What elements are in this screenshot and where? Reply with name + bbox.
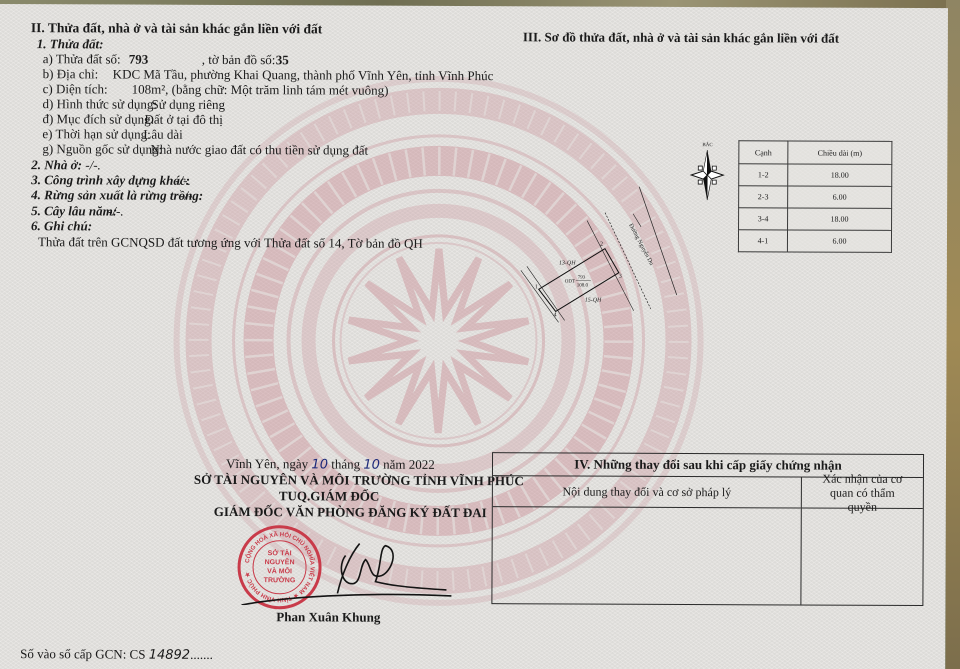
map-sheet-number: 35 — [276, 52, 289, 67]
table-row: 4-1 6.00 — [738, 230, 891, 253]
land-code: ODT — [565, 279, 575, 284]
background-right — [946, 0, 960, 669]
table-row: 3-4 18.00 — [739, 208, 892, 231]
changes-confirmation-column: Xác nhận của cơ quan có thẩm quyền — [801, 478, 923, 606]
month-label: tháng — [331, 456, 360, 471]
length-cell: 6.00 — [788, 186, 892, 208]
origin-label: g) Nguồn gốc sử dụng: — [42, 141, 162, 157]
perennial-label: 5. Cây lâu năm: — [31, 203, 117, 218]
usage-form-value: Sử dụng riêng — [152, 97, 226, 112]
table-row: 2-3 6.00 — [739, 186, 892, 209]
other-works-label: 3. Công trình xây dựng khác: — [31, 172, 190, 188]
vertex-1: 1 — [535, 284, 538, 290]
header-length: Chiều dài (m) — [788, 141, 892, 164]
plot-area: 108.0 — [577, 284, 589, 289]
length-cell: 18.00 — [788, 208, 892, 230]
parcel-plot-diagram: 1 2 3 4 13-QH 15-QH ODT 793 108.0 Đường … — [499, 182, 680, 323]
other-works-value: -/-. — [175, 173, 191, 188]
parcel-number: 793 — [129, 52, 149, 67]
north-arrow-icon — [689, 149, 725, 201]
purpose-label: đ) Mục đích sử dụng: — [42, 111, 154, 126]
address-value: KDC Mã Tầu, phường Khai Quang, thành phố… — [113, 66, 494, 83]
house-value: -/-. — [85, 157, 101, 172]
registry-dots: ....... — [190, 647, 213, 662]
tuq-label: TUQ.GIÁM ĐỐC — [279, 488, 379, 503]
notes-heading: 6. Ghi chú: — [31, 218, 92, 233]
parcel-number-label: a) Thửa đất số: — [43, 51, 121, 66]
month-handwritten: 10 — [363, 458, 380, 473]
neighbor-bottom-label: 15-QH — [585, 298, 602, 304]
vertex-4: 4 — [554, 312, 557, 318]
place-date: Vĩnh Yên, ngày 10 tháng 10 năm 2022 — [226, 456, 435, 473]
issuing-org: SỞ TÀI NGUYÊN VÀ MÔI TRƯỜNG TỈNH VĨNH PH… — [194, 472, 524, 488]
vertex-3: 3 — [619, 274, 622, 280]
handwritten-signature — [241, 535, 456, 606]
registry-label: Số vào sổ cấp GCN: CS — [20, 646, 145, 662]
parcel-heading: 1. Thửa đất: — [37, 36, 104, 51]
col-confirmation-header: Xác nhận của cơ quan có thẩm quyền — [802, 478, 923, 510]
changes-table: IV. Những thay đổi sau khi cấp giấy chứn… — [491, 452, 924, 606]
vertex-2: 2 — [600, 242, 603, 248]
year-label: năm 2022 — [383, 457, 435, 472]
table-header-row: Cạnh Chiều dài (m) — [739, 141, 892, 165]
edge-cell: 2-3 — [739, 186, 788, 208]
purpose-value: Đất ở tại đô thị — [144, 112, 222, 127]
forest-label: 4. Rừng sản xuất là rừng trồng: — [31, 187, 203, 203]
edge-cell: 4-1 — [738, 230, 787, 252]
signer-name: Phan Xuân Khung — [276, 609, 380, 624]
address-label: b) Địa chỉ: — [43, 66, 99, 81]
usage-form-label: d) Hình thức sử dụng: — [43, 96, 158, 111]
header-edge: Cạnh — [739, 141, 788, 164]
section3-title: III. Sơ đồ thửa đất, nhà ở và tài sản kh… — [523, 29, 839, 45]
land-certificate-page: II. Thửa đất, nhà ở và tài sản khác gắn … — [0, 4, 948, 669]
edge-cell: 3-4 — [739, 208, 788, 230]
perennial-value: -/-. — [108, 203, 124, 218]
col-content-header: Nội dung thay đổi và cơ sở pháp lý — [493, 476, 801, 508]
length-cell: 18.00 — [788, 164, 892, 186]
day-handwritten: 10 — [311, 457, 328, 472]
edge-length-table: Cạnh Chiều dài (m) 1-2 18.00 2-3 6.00 3-… — [738, 140, 892, 253]
section2-title: II. Thửa đất, nhà ở và tài sản khác gắn … — [31, 20, 322, 36]
house-label: 2. Nhà ở: — [31, 157, 82, 172]
area-label: c) Diện tích: — [43, 81, 108, 96]
registry-number: Số vào sổ cấp GCN: CS 14892....... — [20, 646, 213, 663]
road-label: Đường Nguyễn Du — [627, 222, 655, 266]
neighbor-top-label: 13-QH — [559, 260, 576, 266]
map-sheet-label: , tờ bản đồ số: — [202, 52, 276, 67]
term-value: Lâu dài — [143, 127, 182, 142]
changes-content-column: Nội dung thay đổi và cơ sở pháp lý — [492, 476, 802, 604]
origin-value: Nhà nước giao đất có thu tiền sử dụng đấ… — [150, 142, 368, 158]
area-value: 108m², (bằng chữ: Một trăm linh tám mét … — [132, 82, 389, 98]
notes-text: Thửa đất trên GCNQSD đất tương ứng với T… — [38, 234, 423, 251]
term-label: e) Thời hạn sử dụng: — [42, 126, 150, 141]
table-row: 1-2 18.00 — [739, 164, 892, 187]
registry-number-handwritten: 14892 — [149, 648, 190, 663]
length-cell: 6.00 — [787, 230, 891, 252]
forest-value: -/-. — [180, 188, 196, 203]
plot-parcel-number: 793 — [578, 276, 586, 281]
signer-position: GIÁM ĐỐC VĂN PHÒNG ĐĂNG KÝ ĐẤT ĐAI — [214, 504, 487, 520]
place-date-prefix: Vĩnh Yên, ngày — [226, 456, 308, 471]
edge-cell: 1-2 — [739, 164, 788, 186]
